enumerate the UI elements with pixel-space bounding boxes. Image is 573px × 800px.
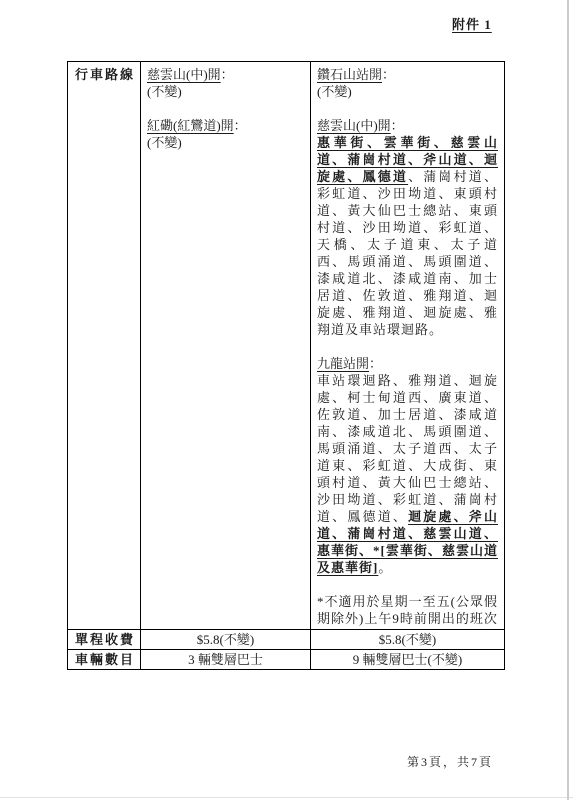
existing-route-cell: 慈雲山(中)開： (不變) 紅磡(紅鸞道)開： (不變) (141, 62, 311, 630)
route-row: 行車路線 慈雲山(中)開： (不變) 紅磡(紅鸞道)開： (不變) 鑽石山站開：… (68, 62, 505, 630)
vehicles-revised: 9 輛雙層巴士(不變) (311, 650, 505, 670)
existing-origin-section-2: 紅磡(紅鸞道)開： (不變) (147, 117, 304, 151)
revised-route-cell: 鑽石山站開： (不變) 慈雲山(中)開： 惠華街、雲華街、慈雲山道、蒲崗村道、斧… (311, 62, 505, 630)
revised-origin-section-3: 九龍站開： 車站環迴路、雅翔道、迴旋處、柯士甸道西、廣東道、佐敦道、加士居道、漆… (317, 355, 498, 576)
route-description: 車站環迴路、雅翔道、迴旋處、柯士甸道西、廣東道、佐敦道、加士居道、漆咸道南、漆咸… (317, 372, 498, 576)
colon: ： (234, 118, 247, 133)
origin-heading-line: 慈雲山(中)開： (317, 117, 498, 134)
origin-heading: 鑽石山站開 (317, 67, 382, 82)
fare-row-header: 單程收費 (68, 630, 141, 650)
revised-origin-section-2: 慈雲山(中)開： 惠華街、雲華街、慈雲山道、蒲崗村道、斧山道、迴旋處、鳳德道、蒲… (317, 117, 498, 338)
existing-origin-section-1: 慈雲山(中)開： (不變) (147, 66, 304, 100)
revised-origin-section-1: 鑽石山站開： (不變) (317, 66, 498, 100)
vehicles-row: 車輛數目 3 輛雙層巴士 9 輛雙層巴士(不變) (68, 650, 505, 670)
route-segment-unchanged: 、蒲崗村道、彩虹道、沙田坳道、東頭村道、黃大仙巴士總站、東頭村道、沙田坳道、彩虹… (317, 169, 498, 337)
fare-revised: $5.8(不變) (311, 630, 505, 650)
route-row-header: 行車路線 (68, 62, 141, 630)
colon: ： (221, 67, 234, 82)
origin-heading: 慈雲山(中)開 (147, 67, 221, 82)
route-table: 行車路線 慈雲山(中)開： (不變) 紅磡(紅鸞道)開： (不變) 鑽石山站開：… (67, 61, 505, 670)
scan-edge-bottom (0, 797, 573, 798)
vehicles-row-header: 車輛數目 (68, 650, 141, 670)
route-segment-unchanged: 車站環迴路、雅翔道、迴旋處、柯士甸道西、廣東道、佐敦道、加士居道、漆咸道南、漆咸… (317, 373, 498, 524)
route-segment-period: 。 (378, 560, 392, 575)
origin-heading-line: 九龍站開： (317, 355, 498, 372)
origin-heading: 慈雲山(中)開 (317, 118, 391, 133)
colon: ： (382, 67, 395, 82)
fare-existing: $5.8(不變) (141, 630, 311, 650)
status-note: (不變) (147, 134, 304, 151)
status-note: (不變) (147, 83, 304, 100)
origin-heading-line: 鑽石山站開： (317, 66, 498, 83)
colon: ： (391, 118, 404, 133)
status-note: (不變) (317, 83, 498, 100)
origin-heading-line: 慈雲山(中)開： (147, 66, 304, 83)
vehicles-existing: 3 輛雙層巴士 (141, 650, 311, 670)
origin-heading: 紅磡(紅鸞道)開 (147, 118, 234, 133)
page-number: 第3頁，共7頁 (0, 754, 493, 771)
origin-heading-line: 紅磡(紅鸞道)開： (147, 117, 304, 134)
scan-edge-right (567, 0, 569, 800)
route-description: 惠華街、雲華街、慈雲山道、蒲崗村道、斧山道、迴旋處、鳳德道、蒲崗村道、彩虹道、沙… (317, 134, 498, 338)
document-page: 附件 1 行車路線 慈雲山(中)開： (不變) 紅磡(紅鸞道)開： (不變) (0, 0, 573, 800)
fare-row: 單程收費 $5.8(不變) $5.8(不變) (68, 630, 505, 650)
annex-label: 附件 1 (452, 16, 492, 33)
origin-heading: 九龍站開 (317, 356, 369, 371)
footnote: *不適用於星期一至五(公眾假期除外)上午9時前開出的班次 (317, 593, 498, 627)
colon: ： (369, 356, 382, 371)
